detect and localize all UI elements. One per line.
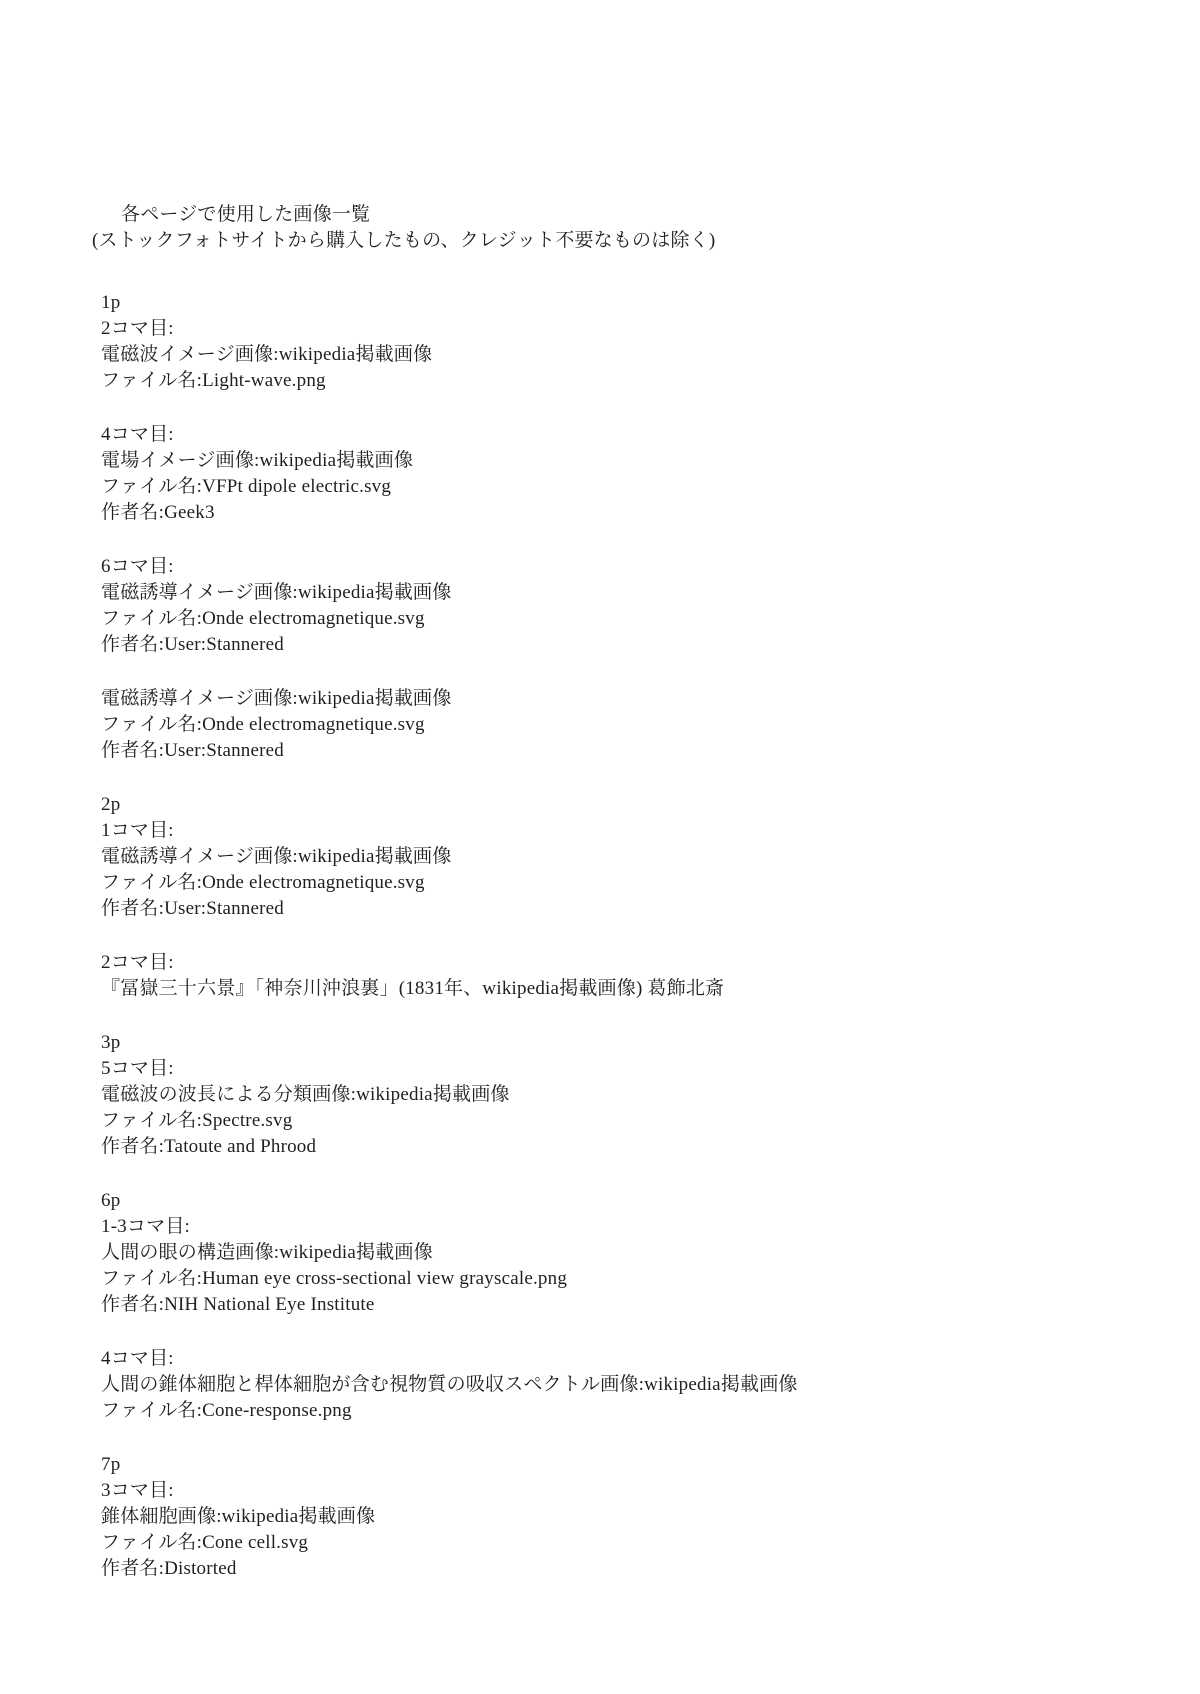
page-section: 2p1コマ目:電磁誘導イメージ画像:wikipedia掲載画像ファイル名:Ond… — [101, 792, 1160, 1002]
credit-line: 電磁誘導イメージ画像:wikipedia掲載画像 — [101, 844, 1160, 870]
credit-entry: 4コマ目:人間の錐体細胞と桿体細胞が含む視物質の吸収スペクトル画像:wikipe… — [101, 1346, 1160, 1424]
credit-line: 人間の錐体細胞と桿体細胞が含む視物質の吸収スペクトル画像:wikipedia掲載… — [101, 1372, 1160, 1398]
credit-line: 作者名:Tatoute and Phrood — [101, 1134, 1160, 1160]
credits-document: 各ページで使用した画像一覧 (ストックフォトサイトから購入したもの、クレジット不… — [0, 0, 1200, 1694]
credit-entry: 1-3コマ目:人間の眼の構造画像:wikipedia掲載画像ファイル名:Huma… — [101, 1214, 1160, 1318]
frame-number-label: 2コマ目: — [101, 316, 1160, 342]
credit-line: 作者名:User:Stannered — [101, 896, 1160, 922]
document-title: 各ページで使用した画像一覧 — [121, 202, 1160, 228]
credit-line: ファイル名:Cone-response.png — [101, 1398, 1160, 1424]
frame-number-label: 4コマ目: — [101, 1346, 1160, 1372]
credit-entry: 3コマ目:錐体細胞画像:wikipedia掲載画像ファイル名:Cone cell… — [101, 1478, 1160, 1582]
credit-line: 作者名:User:Stannered — [101, 632, 1160, 658]
page-number-label: 6p — [101, 1188, 1160, 1214]
frame-number-label: 3コマ目: — [101, 1478, 1160, 1504]
frame-number-label: 6コマ目: — [101, 554, 1160, 580]
credit-line: 作者名:NIH National Eye Institute — [101, 1292, 1160, 1318]
credit-entry: 2コマ目:電磁波イメージ画像:wikipedia掲載画像ファイル名:Light-… — [101, 316, 1160, 394]
credit-line: 作者名:User:Stannered — [101, 738, 1160, 764]
page-section: 7p3コマ目:錐体細胞画像:wikipedia掲載画像ファイル名:Cone ce… — [101, 1452, 1160, 1582]
credit-entry: 電磁誘導イメージ画像:wikipedia掲載画像ファイル名:Onde elect… — [101, 686, 1160, 764]
frame-number-label: 1コマ目: — [101, 818, 1160, 844]
credit-entry: 1コマ目:電磁誘導イメージ画像:wikipedia掲載画像ファイル名:Onde … — [101, 818, 1160, 922]
credit-entry: 5コマ目:電磁波の波長による分類画像:wikipedia掲載画像ファイル名:Sp… — [101, 1056, 1160, 1160]
credit-entry: 4コマ目:電場イメージ画像:wikipedia掲載画像ファイル名:VFPt di… — [101, 422, 1160, 526]
credit-line: 作者名:Geek3 — [101, 500, 1160, 526]
frame-number-label: 5コマ目: — [101, 1056, 1160, 1082]
credit-line: ファイル名:Cone cell.svg — [101, 1530, 1160, 1556]
credit-line: ファイル名:Light-wave.png — [101, 368, 1160, 394]
frame-number-label: 4コマ目: — [101, 422, 1160, 448]
credit-line: 電磁誘導イメージ画像:wikipedia掲載画像 — [101, 686, 1160, 712]
page-section: 6p1-3コマ目:人間の眼の構造画像:wikipedia掲載画像ファイル名:Hu… — [101, 1188, 1160, 1424]
document-subtitle: (ストックフォトサイトから購入したもの、クレジット不要なものは除く) — [92, 228, 1160, 254]
frame-number-label: 1-3コマ目: — [101, 1214, 1160, 1240]
credit-line: 作者名:Distorted — [101, 1556, 1160, 1582]
page-number-label: 3p — [101, 1030, 1160, 1056]
credits-sections: 1p2コマ目:電磁波イメージ画像:wikipedia掲載画像ファイル名:Ligh… — [101, 290, 1160, 1582]
credit-line: 『冨嶽三十六景』「神奈川沖浪裏」(1831年、wikipedia掲載画像) 葛飾… — [101, 976, 1160, 1002]
credit-line: 電磁誘導イメージ画像:wikipedia掲載画像 — [101, 580, 1160, 606]
credit-line: ファイル名:Spectre.svg — [101, 1108, 1160, 1134]
page-section: 3p5コマ目:電磁波の波長による分類画像:wikipedia掲載画像ファイル名:… — [101, 1030, 1160, 1160]
credit-line: ファイル名:Onde electromagnetique.svg — [101, 606, 1160, 632]
credit-entry: 2コマ目:『冨嶽三十六景』「神奈川沖浪裏」(1831年、wikipedia掲載画… — [101, 950, 1160, 1002]
credit-line: 電磁波の波長による分類画像:wikipedia掲載画像 — [101, 1082, 1160, 1108]
credit-line: ファイル名:Human eye cross-sectional view gra… — [101, 1266, 1160, 1292]
frame-number-label: 2コマ目: — [101, 950, 1160, 976]
page-number-label: 7p — [101, 1452, 1160, 1478]
page-number-label: 2p — [101, 792, 1160, 818]
credit-line: 電磁波イメージ画像:wikipedia掲載画像 — [101, 342, 1160, 368]
credit-line: ファイル名:Onde electromagnetique.svg — [101, 870, 1160, 896]
credit-line: 錐体細胞画像:wikipedia掲載画像 — [101, 1504, 1160, 1530]
credit-entry: 6コマ目:電磁誘導イメージ画像:wikipedia掲載画像ファイル名:Onde … — [101, 554, 1160, 658]
page-number-label: 1p — [101, 290, 1160, 316]
page-section: 1p2コマ目:電磁波イメージ画像:wikipedia掲載画像ファイル名:Ligh… — [101, 290, 1160, 764]
credit-line: ファイル名:Onde electromagnetique.svg — [101, 712, 1160, 738]
credit-line: ファイル名:VFPt dipole electric.svg — [101, 474, 1160, 500]
credit-line: 人間の眼の構造画像:wikipedia掲載画像 — [101, 1240, 1160, 1266]
credit-line: 電場イメージ画像:wikipedia掲載画像 — [101, 448, 1160, 474]
